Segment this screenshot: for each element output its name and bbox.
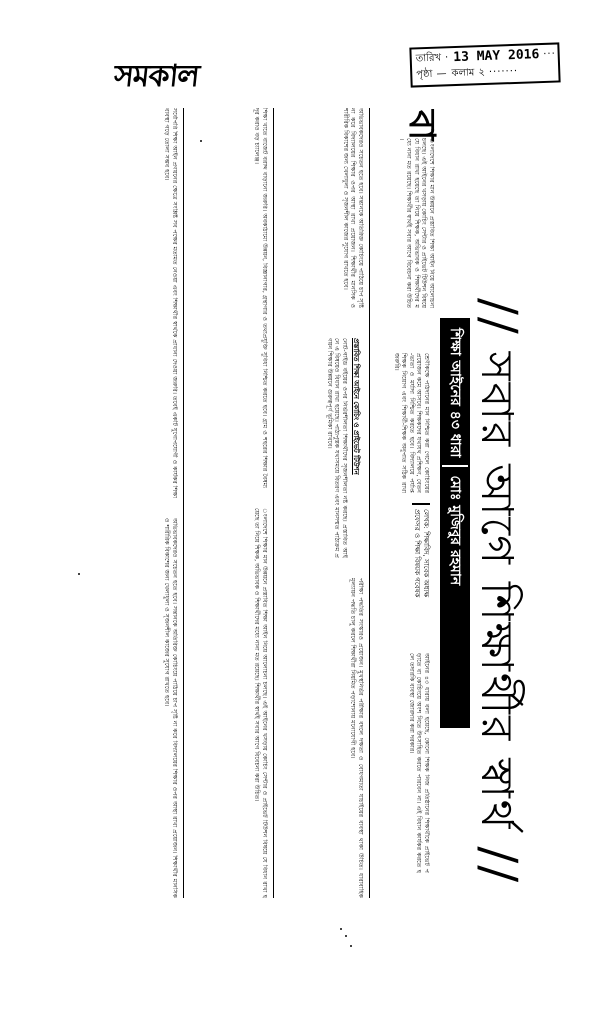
headline-close-mark: // — [470, 846, 528, 884]
column-divider — [369, 108, 370, 898]
author-byline: লেখক: শিক্ষাবিদ, সাবেক অধ্যক্ষ প্রফেসর ও… — [412, 503, 430, 649]
article-banner: শিক্ষা আইনের ৪৩ ধারা মোঃ মুজিবুর রহমান — [440, 318, 470, 728]
stamp-page-label: পৃষ্ঠা — [416, 67, 433, 84]
stamp-column-label: কলাম — [451, 65, 474, 82]
stamp-dots: · — [445, 50, 450, 66]
body-column-1: ংলাদেশে শিক্ষার মান উন্নয়নে প্রস্তাবিত … — [375, 138, 435, 308]
body-column-4b: অভিভাবকদেরও সচেতন হতে হবে। সন্তানকে অতির… — [93, 518, 178, 898]
banner-separator — [442, 465, 468, 467]
body-column-1c: আইনের ৪৩ ধারায় বলা হয়েছে, কোনো শিক্ষক … — [375, 653, 430, 873]
column-divider — [273, 108, 274, 898]
scan-speck — [345, 935, 347, 937]
column-divider — [183, 108, 184, 898]
body-column-3b: ংলাদেশে শিক্ষার মান উন্নয়নে প্রস্তাবিত … — [188, 508, 268, 898]
article-subhead: প্রস্তাবিত শিক্ষা আইনে কোচিং ও প্রাইভেট … — [351, 338, 360, 538]
stamp-column-value: ২ — [478, 65, 485, 81]
body-column-1b: শ্রেণীকক্ষে পাঠদানের মান নিশ্চিত করা গেল… — [375, 353, 430, 493]
drop-cap-letter: বা — [401, 110, 443, 140]
byline-line-1: লেখক: শিক্ষাবিদ, সাবেক অধ্যক্ষ — [421, 509, 430, 649]
rotated-article-content: // সবার আগে শিক্ষার্থীর স্বার্থ // শিক্ষ… — [90, 108, 510, 908]
scan-speck — [340, 928, 342, 930]
body-column-2c: পরীক্ষা পদ্ধতির সংস্কারও প্রয়োজন। মুখস্… — [279, 578, 364, 898]
stamp-dots: ··· — [543, 47, 556, 63]
body-column-4: সর্বোপরি শিক্ষা আইন প্রণয়নের ক্ষেত্রে স… — [93, 108, 178, 498]
body-column-2b: নোট-গাইড বইয়ের ওপর নির্ভরশীলতা শিক্ষার্… — [278, 338, 348, 558]
body-column-2: অভিভাবকদেরও সচেতন হতে হবে। সন্তানকে অতির… — [279, 108, 364, 308]
article-headline: // সবার আগে শিক্ষার্থীর স্বার্থ // — [471, 298, 524, 884]
scan-speck — [350, 945, 352, 947]
article-clipping: // সবার আগে শিক্ষার্থীর স্বার্থ // শিক্ষ… — [90, 108, 510, 908]
newspaper-masthead: সমকাল — [111, 52, 201, 103]
stamp-date-value: 13 MAY 2016 — [453, 47, 540, 66]
stamp-date-label: তারিখ — [415, 51, 441, 68]
stamp-page-value: — — [436, 66, 448, 82]
drop-cap: বা — [404, 110, 440, 140]
banner-author: মোঃ মুজিবুর রহমান — [440, 475, 470, 585]
byline-line-2: প্রফেসর ও শিক্ষা বিষয়ক গবেষক — [412, 509, 421, 649]
scan-speck — [78, 573, 80, 575]
stamp-dots: ······· — [489, 64, 519, 81]
headline-text: সবার আগে শিক্ষার্থীর স্বার্থ — [471, 352, 522, 831]
banner-topic: শিক্ষা আইনের ৪৩ ধারা — [440, 328, 470, 457]
body-column-3: শিক্ষা খাতে বাজেট বরাদ্দ বাড়ানো জরুরি। … — [188, 108, 268, 488]
archive-date-stamp: তারিখ · 13 MAY 2016 ··· পৃষ্ঠা — কলাম ২ … — [409, 42, 560, 87]
scan-speck — [200, 140, 202, 142]
headline-open-mark: // — [470, 298, 528, 336]
